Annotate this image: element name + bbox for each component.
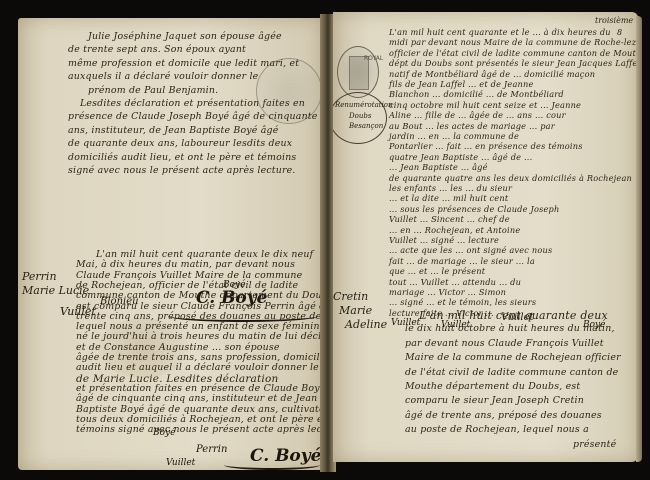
handwritten-line: Baptiste Boyé âgé de quarante deux ans, … xyxy=(76,405,322,414)
handwritten-line: ... signé ... et le témoin, les sieurs xyxy=(389,298,536,306)
handwritten-line: tout ... Vuillet ... attendu ... du xyxy=(389,278,521,286)
handwritten-line: fait ... de mariage ... le sieur ... la xyxy=(389,257,535,265)
handwritten-line: ... acte que les ... ont signé avec nous xyxy=(389,246,552,254)
handwritten-line: auxquels il a déclaré vouloir donner le xyxy=(68,72,258,81)
handwritten-line: Maire de la commune de Rochejean officie… xyxy=(405,353,621,362)
handwritten-line: ans, instituteur, de Jean Baptiste Boyé … xyxy=(68,126,278,135)
signature-flourish xyxy=(224,460,320,470)
handwritten-line: au poste de Rochejean, lequel nous a xyxy=(405,425,589,434)
handwritten-line: ... sous les présences de Claude Joseph xyxy=(389,205,559,213)
handwritten-line: de Rochejean, officier de l'état civil d… xyxy=(76,281,298,290)
handwritten-line: et présentation faites en présence de Cl… xyxy=(76,384,322,393)
handwritten-line: âgé de trente ans, préposé des douanes xyxy=(405,411,602,420)
handwritten-line: les enfants ... les ... du sieur xyxy=(389,184,512,192)
handwritten-line: Mai, à dix heures du matin, par devant n… xyxy=(76,260,295,269)
handwritten-line: Pontarlier ... fait ... en présence des … xyxy=(389,142,583,150)
handwritten-line: le dix huit octobre à huit heures du mat… xyxy=(405,324,615,333)
margin-note-surname: Cretin xyxy=(333,290,387,304)
handwritten-line: âgé de cinquante cinq ans, instituteur e… xyxy=(76,394,317,403)
handwritten-line: Mouthe département du Doubs, est xyxy=(405,382,580,391)
handwritten-line: même profession et domicile que ledit ma… xyxy=(68,59,299,68)
handwritten-line: cinq octobre mil huit cent seize et ... … xyxy=(389,101,581,109)
handwritten-line: de quarante deux ans, laboureur lesdits … xyxy=(68,139,292,148)
handwritten-line: domiciliés audit lieu, et ont le père et… xyxy=(68,153,296,162)
handwritten-line: tous deux domiciliés à Rochejean, et ont… xyxy=(76,415,322,424)
renumbering-label: Renumérotation xyxy=(335,100,393,111)
signature-vuillet-2: Vuillet xyxy=(166,458,195,468)
royal-stamp-icon: ROYAL xyxy=(337,46,379,98)
open-register: Julie Joséphine Jaquet son épouse âgéede… xyxy=(0,0,650,480)
handwritten-line: midi par devant nous Maire de la commune… xyxy=(389,38,638,46)
left-page: Julie Joséphine Jaquet son épouse âgéede… xyxy=(18,18,322,470)
handwritten-line: présenté xyxy=(573,440,616,449)
handwritten-line: fils de Jean Laffel ... et de Jeanne xyxy=(389,80,534,88)
handwritten-line: Vuillet ... Sincent ... chef de xyxy=(389,215,510,223)
handwritten-line: mariage ... Victor ... Simon xyxy=(389,288,506,296)
renumbering-city: Besançon xyxy=(335,121,393,132)
handwritten-line: trente cinq ans, préposé des douanes au … xyxy=(76,312,322,321)
stamp-label: ROYAL xyxy=(364,55,383,62)
handwritten-line: ... en ... Rochejean, et Antoine xyxy=(389,226,520,234)
handwritten-line: L'an mil huit cent quarante et le ... à … xyxy=(389,28,611,36)
renumbering-note: Renumérotation Doubs Besançon xyxy=(335,100,393,132)
renumbering-department: Doubs xyxy=(335,111,393,122)
signature-perrin: Perrin xyxy=(196,444,227,455)
handwritten-line: Vuillet ... signé ... lecture xyxy=(389,236,499,244)
handwritten-line: de quarante quatre ans les deux domicili… xyxy=(389,174,632,182)
right-page: troisième 8 ROYAL Renumérotation Doubs B… xyxy=(333,12,638,462)
handwritten-line: par devant nous Claude François Vuillet xyxy=(405,339,604,348)
handwritten-line: et de Constance Augustine ... son épouse xyxy=(76,343,280,352)
handwritten-line: natif de Montbéliard âgé de ... domicili… xyxy=(389,70,595,78)
handwritten-line: né le jourd'hui à trois heures du matin … xyxy=(76,332,322,341)
margin-note-given-name-2: Adeline xyxy=(333,318,387,332)
handwritten-line: de l'état civil de ladite commune canton… xyxy=(405,368,618,377)
signature-boye-2: Boyé xyxy=(153,428,175,438)
handwritten-line: ... et la dite ... mil huit cent xyxy=(389,194,508,202)
handwritten-line: signé avec nous le présent acte après le… xyxy=(68,166,296,175)
margin-note-given-name: Marie xyxy=(333,304,387,318)
handwritten-line: au Bout ... les actes de mariage ... par xyxy=(389,122,555,130)
handwritten-line: est comparu le sieur Claude François Per… xyxy=(76,302,322,311)
handwritten-line: comparu le sieur Jean Joseph Cretin xyxy=(405,396,584,405)
handwritten-line: quatre Jean Baptiste ... âgé de ... xyxy=(389,153,532,161)
folio-number: 8 xyxy=(617,28,622,37)
handwritten-line: jardin ... en ... la commune de xyxy=(389,132,519,140)
handwritten-line: prénom de Paul Benjamin. xyxy=(88,86,218,95)
handwritten-line: Claude François Vuillet Maire de la comm… xyxy=(76,271,302,280)
handwritten-line: L'an mil huit cent quarante deux le dix … xyxy=(96,250,313,259)
handwritten-line: de trente sept ans. Son époux ayant xyxy=(68,45,246,54)
handwritten-line: lequel nous a présenté un enfant de sexe… xyxy=(76,322,320,331)
handwritten-line: Julie Joséphine Jaquet son épouse âgée xyxy=(88,32,282,41)
handwritten-line: commune canton de Mouthe département du … xyxy=(76,291,322,300)
handwritten-line: que ... et ... le présent xyxy=(389,267,485,275)
handwritten-line: Lesdites déclaration et présentation fai… xyxy=(80,99,305,108)
folio-label: troisième xyxy=(595,16,633,25)
handwritten-line: Aline ... fille de ... âgée de ... ans .… xyxy=(389,111,566,119)
handwritten-line: L'an mil huit cent quarante deux xyxy=(419,310,608,321)
handwritten-line: âgée de trente trois ans, sans professio… xyxy=(76,353,322,362)
handwritten-line: dépt du Doubs sont présentés le sieur Je… xyxy=(389,59,638,67)
margin-note-cretin: Cretin Marie Adeline xyxy=(333,290,387,331)
handwritten-line: ... Jean Baptiste ... âgé xyxy=(389,163,488,171)
handwritten-line: Blanchon ... domicilié ... de Montbéliar… xyxy=(389,90,564,98)
handwritten-line: présence de Claude Joseph Boyé âgé de ci… xyxy=(68,112,322,121)
handwritten-line: témoins signé avec nous le présent acte … xyxy=(76,425,322,434)
page-edge xyxy=(636,16,642,462)
handwritten-line: audit lieu et auquel il a déclaré vouloi… xyxy=(76,363,322,372)
handwritten-line: officier de l'état civil de ladite commu… xyxy=(389,49,638,57)
